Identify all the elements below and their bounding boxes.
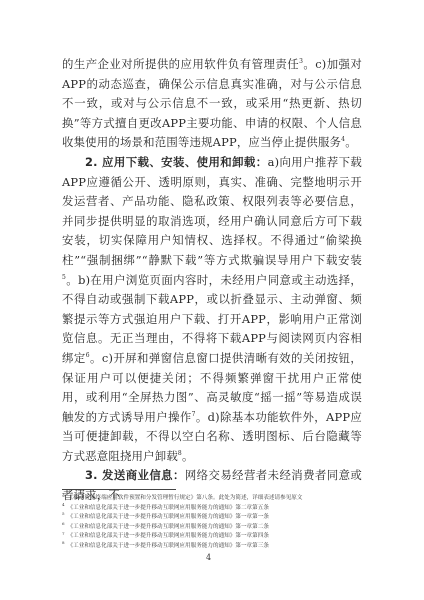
footnote: 4《工业和信息化部关于进一步提升移动互联网应用服务能力的通知》第二章第五条 (62, 504, 362, 514)
paragraph-1: 的生产企业对所提供的应用软件负有管理责任3。c)加强对APP的动态巡查，确保公示… (62, 55, 362, 153)
footnote-number: 8 (62, 540, 65, 545)
footnote: 8《工业和信息化部关于进一步提升移动互联网应用服务能力的通知》第一章第三条 (62, 542, 362, 552)
footnote-number: 4 (62, 502, 65, 507)
footnote-text: 《工业和信息化部关于进一步提升移动互联网应用服务能力的通知》第二章第五条 (68, 505, 269, 511)
footnote-number: 3 (62, 492, 65, 497)
paragraph-2: 2. 应用下载、安装、使用和卸载：a)向用户推荐下载APP应遵循公开、透明原则，… (62, 153, 362, 467)
footnote-number: 6 (62, 521, 65, 526)
section-heading: 3. 发送商业信息： (85, 468, 185, 482)
footnote-text: 《移动智能终端应用软件预置和分发管理暂行规定》第八条。此处为简述，详细表述请参见… (68, 495, 303, 501)
text: a)向用户推荐下载APP应遵循公开、透明原则，真实、准确、完整地明示开发运营者、… (62, 155, 362, 267)
footnotes: 3《移动智能终端应用软件预置和分发管理暂行规定》第八条。此处为简述，详细表述请参… (62, 494, 362, 552)
footnote-text: 《工业和信息化部关于进一步提升移动互联网应用服务能力的通知》第一章第三条 (68, 543, 269, 549)
body-text: 的生产企业对所提供的应用软件负有管理责任3。c)加强对APP的动态巡查，确保公示… (62, 55, 362, 506)
footnote-text: 《工业和信息化部关于进一步提升移动互联网应用服务能力的通知》第一章第二条 (68, 524, 269, 530)
footnote-text: 《工业和信息化部关于进一步提升移动互联网应用服务能力的通知》第一章第四条 (68, 533, 269, 539)
footnote: 7《工业和信息化部关于进一步提升移动互联网应用服务能力的通知》第一章第四条 (62, 532, 362, 542)
footnote: 3《移动智能终端应用软件预置和分发管理暂行规定》第八条。此处为简述，详细表述请参… (62, 494, 362, 504)
page-number: 4 (206, 553, 211, 562)
footnote: 6《工业和信息化部关于进一步提升移动互联网应用服务能力的通知》第一章第二条 (62, 523, 362, 533)
text: 。 (182, 449, 194, 463)
section-heading: 2. 应用下载、安装、使用和卸载： (85, 155, 268, 169)
text: 。 (345, 135, 357, 149)
footnote-number: 7 (62, 531, 65, 536)
footnote-divider (62, 489, 176, 490)
document-page: 的生产企业对所提供的应用软件负有管理责任3。c)加强对APP的动态巡查，确保公示… (0, 0, 424, 600)
text: 的生产企业对所提供的应用软件负有管理责任 (62, 57, 299, 71)
footnote-text: 《工业和信息化部关于进一步提升移动互联网应用服务能力的通知》第一章第一条 (68, 514, 269, 520)
footnote-number: 5 (62, 511, 65, 516)
footnote: 5《工业和信息化部关于进一步提升移动互联网应用服务能力的通知》第一章第一条 (62, 513, 362, 523)
